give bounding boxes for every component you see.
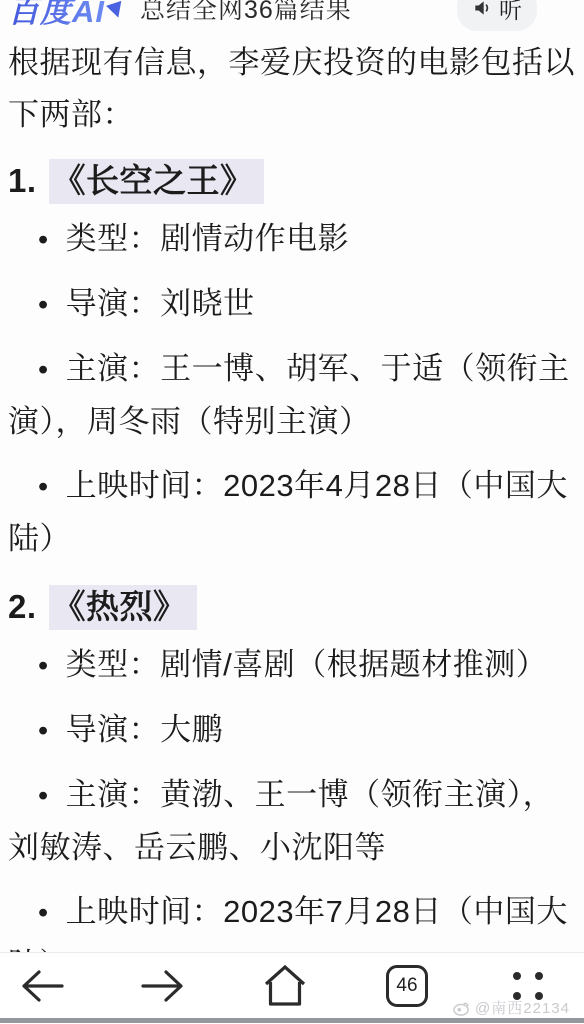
- movie-2-heading: 2.《热烈》: [8, 587, 576, 627]
- movie-section-2: 2.《热烈》 •类型：剧情/喜剧（根据题材推测） •导演：大鹏 •主演：黄渤、王…: [8, 587, 576, 952]
- baidu-ai-header: 百度AI 总结全网36篇结果 听: [8, 0, 576, 29]
- movie-2-release-date-text: 上映时间：2023年7月28日（中国大陆）: [8, 894, 568, 952]
- movie-1-release-date-text: 上映时间：2023年4月28日（中国大陆）: [8, 468, 568, 556]
- movie-2-cast-text: 主演：黄渤、王一博（领衔主演），刘敏涛、岳云鹏、小沈阳等: [8, 777, 554, 865]
- weibo-logo-icon: [452, 1000, 470, 1016]
- forward-button[interactable]: [137, 966, 189, 1006]
- movie-1-release-date: •上映时间：2023年4月28日（中国大陆）: [8, 460, 576, 565]
- movie-1-cast: •主演：王一博、胡军、于适（领衔主演），周冬雨（特别主演）: [8, 343, 576, 448]
- movie-1-heading: 1.《长空之王》: [8, 161, 576, 201]
- movie-2-director-text: 导演：大鹏: [66, 712, 224, 747]
- bullet-marker: •: [38, 289, 49, 321]
- logo-triangle-icon: [106, 0, 126, 19]
- movie-2-type: •类型：剧情/喜剧（根据题材推测）: [8, 639, 576, 692]
- listen-button-label: 听: [499, 0, 522, 25]
- home-button[interactable]: [261, 963, 309, 1009]
- screen-bottom-edge: [0, 1018, 584, 1023]
- movie-1-director: •导演：刘晓世: [8, 278, 576, 331]
- watermark-text: @南西22134: [475, 997, 570, 1018]
- speaker-icon: [472, 0, 492, 18]
- forward-arrow-icon: [137, 966, 189, 1006]
- intro-paragraph: 根据现有信息，李爱庆投资的电影包括以下两部：: [8, 37, 576, 141]
- movie-2-director: •导演：大鹏: [8, 704, 576, 757]
- movie-2-release-date: •上映时间：2023年7月28日（中国大陆）: [8, 886, 576, 952]
- movie-1-title: 《长空之王》: [49, 159, 264, 204]
- movie-2-title: 《热烈》: [49, 585, 197, 630]
- browser-navbar: 46 @南西22134: [0, 952, 584, 1024]
- tabs-button[interactable]: 46: [386, 965, 428, 1007]
- weibo-watermark: @南西22134: [452, 997, 570, 1018]
- baidu-ai-logo-text: 百度AI: [8, 0, 105, 31]
- back-button[interactable]: [16, 966, 68, 1006]
- mobile-browser-screenshot: 百度AI 总结全网36篇结果 听 根据现有信息，李爱庆投资的电影包括以下两部： …: [0, 0, 584, 1024]
- listen-button[interactable]: 听: [457, 0, 537, 31]
- movie-1-cast-text: 主演：王一博、胡军、于适（领衔主演），周冬雨（特别主演）: [8, 351, 570, 439]
- bullet-marker: •: [38, 715, 49, 747]
- movie-section-1: 1.《长空之王》 •类型：剧情动作电影 •导演：刘晓世 •主演：王一博、胡军、于…: [8, 161, 576, 565]
- movie-2-cast: •主演：黄渤、王一博（领衔主演），刘敏涛、岳云鹏、小沈阳等: [8, 769, 576, 874]
- bullet-marker: •: [38, 354, 49, 386]
- bullet-marker: •: [38, 224, 49, 256]
- movie-1-index: 1.: [8, 162, 37, 199]
- movie-1-type: •类型：剧情动作电影: [8, 213, 576, 266]
- bullet-marker: •: [38, 650, 49, 682]
- content-area: 百度AI 总结全网36篇结果 听 根据现有信息，李爱庆投资的电影包括以下两部： …: [0, 0, 584, 952]
- movie-2-index: 2.: [8, 588, 37, 625]
- back-arrow-icon: [16, 966, 68, 1006]
- movie-1-director-text: 导演：刘晓世: [66, 286, 255, 321]
- bullet-marker: •: [38, 897, 49, 929]
- bullet-marker: •: [38, 780, 49, 812]
- baidu-ai-logo: 百度AI: [8, 0, 124, 31]
- bullet-marker: •: [38, 471, 49, 503]
- summary-result-count-label: 总结全网36篇结果: [140, 0, 352, 26]
- movie-1-type-text: 类型：剧情动作电影: [66, 221, 350, 256]
- movie-2-type-text: 类型：剧情/喜剧（根据题材推测）: [66, 647, 548, 682]
- tab-count-badge: 46: [386, 965, 428, 1007]
- home-icon: [261, 963, 309, 1009]
